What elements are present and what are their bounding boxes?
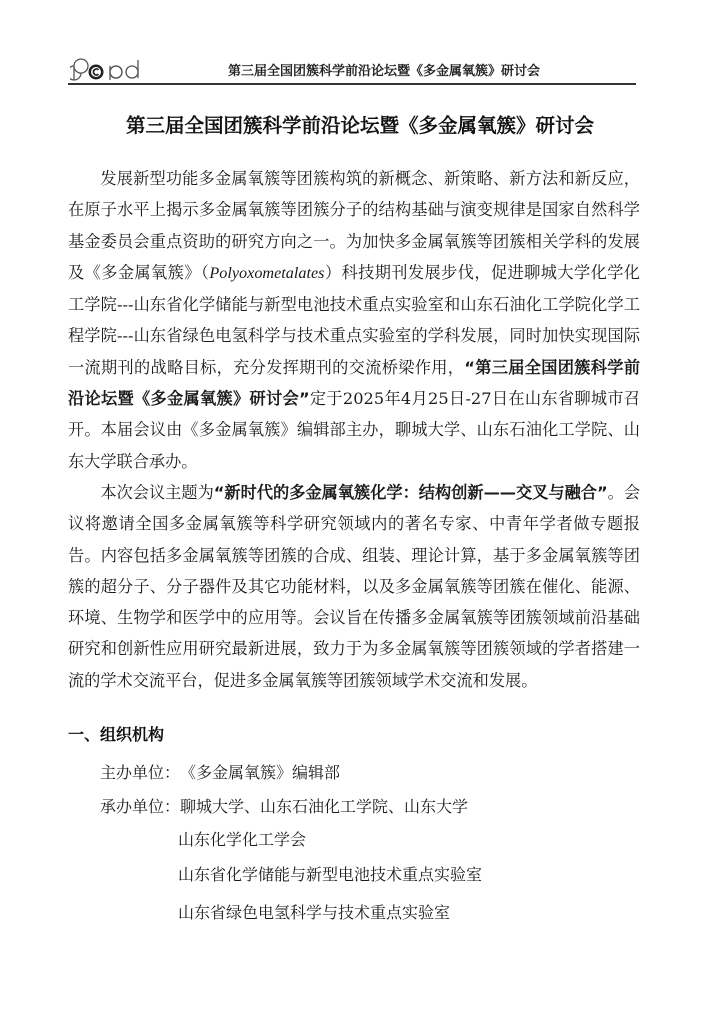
paragraph-background: 发展新型功能多金属氧簇等团簇构筑的新概念、新策略、新方法和新反应，在原子水平上揭… [68,163,640,477]
paragraph-text: 。会议将邀请全国多金属氧簇等科学研究领域内的著名专家、中青年学者做专题报告。内容… [68,483,640,690]
host-label: 主办单位： [100,760,180,783]
paragraph-text: 本次会议主题为 [100,483,213,502]
organizer-item: 山东省化学储能与新型电池技术重点实验室 [178,862,482,885]
organizer-item: 山东省绿色电氢科学与技术重点实验室 [178,900,450,923]
journal-english-name: Polyoxometalates [209,264,324,282]
organizer-row: 承办单位：聊城大学、山东石油化工学院、山东大学 [100,794,468,817]
host-value: 《多金属氧簇》编辑部 [180,763,340,782]
host-row: 主办单位：《多金属氧簇》编辑部 [100,760,340,783]
organizer-label: 承办单位： [100,794,180,817]
meeting-theme: “新时代的多金属氧簇化学：结构创新——交叉与融合” [214,483,608,502]
paragraph-theme: 本次会议主题为“新时代的多金属氧簇化学：结构创新——交叉与融合”。会议将邀请全国… [68,477,640,696]
pcpd-logo-icon [70,58,150,82]
header-divider [68,83,636,85]
organizer-item: 山东化学化工学会 [178,827,306,850]
header-title: 第三届全国团簇科学前沿论坛暨《多金属氧簇》研讨会 [228,60,540,79]
page-header: 第三届全国团簇科学前沿论坛暨《多金属氧簇》研讨会 [68,56,636,86]
document-title: 第三届全国团簇科学前沿论坛暨《多金属氧簇》研讨会 [0,110,720,138]
intro-section: 发展新型功能多金属氧簇等团簇构筑的新概念、新策略、新方法和新反应，在原子水平上揭… [68,163,640,696]
organizer-value: 聊城大学、山东石油化工学院、山东大学 [180,797,468,816]
section-heading-organization: 一、组织机构 [68,722,164,745]
